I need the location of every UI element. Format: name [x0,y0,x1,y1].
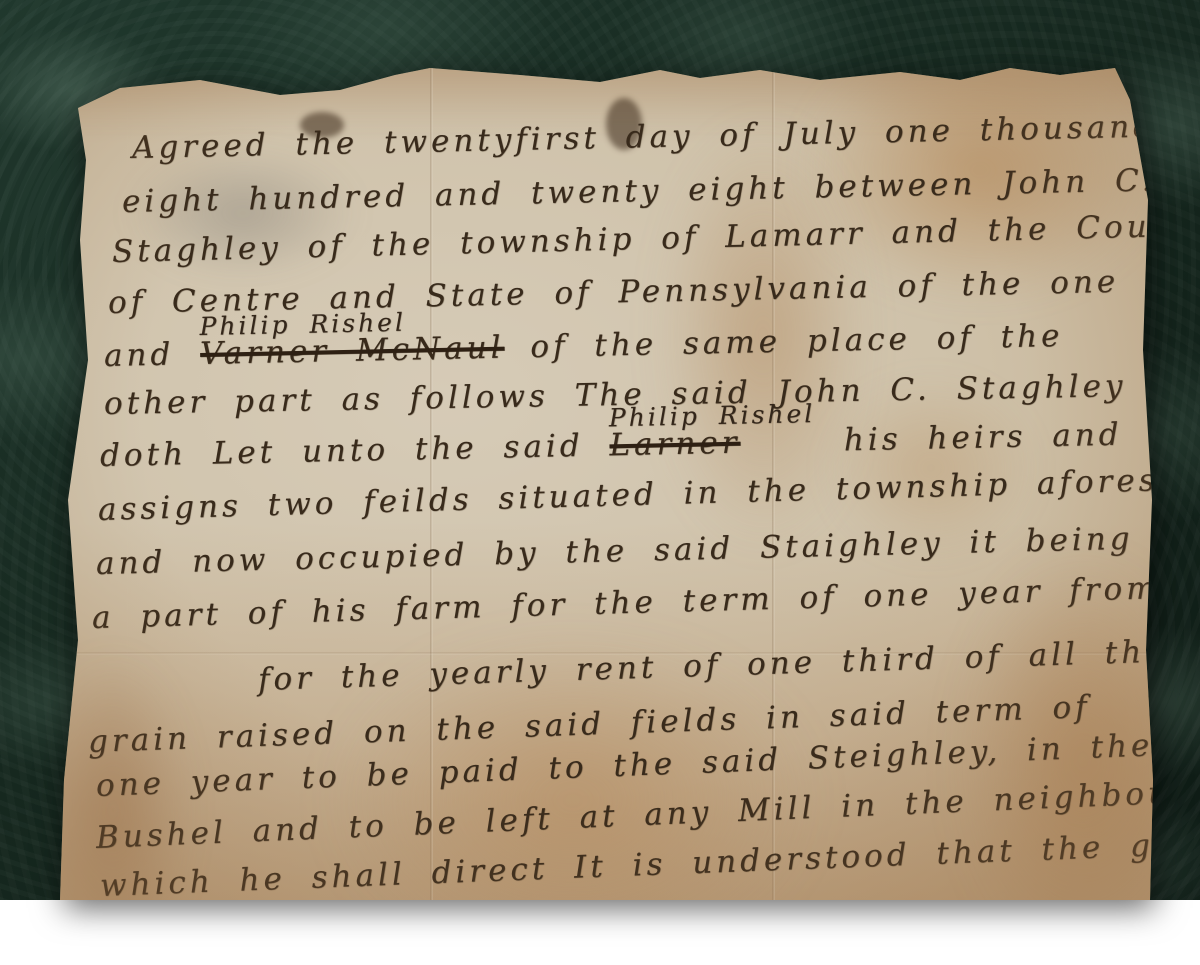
handwriting-line: and Varner McNaulPhilip Rishel of the sa… [104,316,1064,376]
handwriting-segment: and [104,334,201,376]
handwriting-segment: doth Let unto the said [100,425,610,476]
document-photo: Agreed the twentyfirst day of July one t… [58,60,1158,900]
toasted-top-edge [58,45,1158,120]
struck-out-name: LarnerPhilip Rishel [609,423,741,466]
paper-document: Agreed the twentyfirst day of July one t… [58,60,1158,900]
interlineated-name: Philip Rishel [199,303,406,347]
handwriting-segment: of the same place of the [504,316,1064,368]
handwriting-segment: his heirs and [740,415,1123,463]
marbled-table-surface: Agreed the twentyfirst day of July one t… [0,0,1200,900]
handwriting-segment: Agreed the twentyfirst day of July one t… [132,107,1158,168]
handwriting-line: Agreed the twentyfirst day of July one t… [132,107,1158,168]
struck-out-name: Varner McNaulPhilip Rishel [200,328,505,374]
